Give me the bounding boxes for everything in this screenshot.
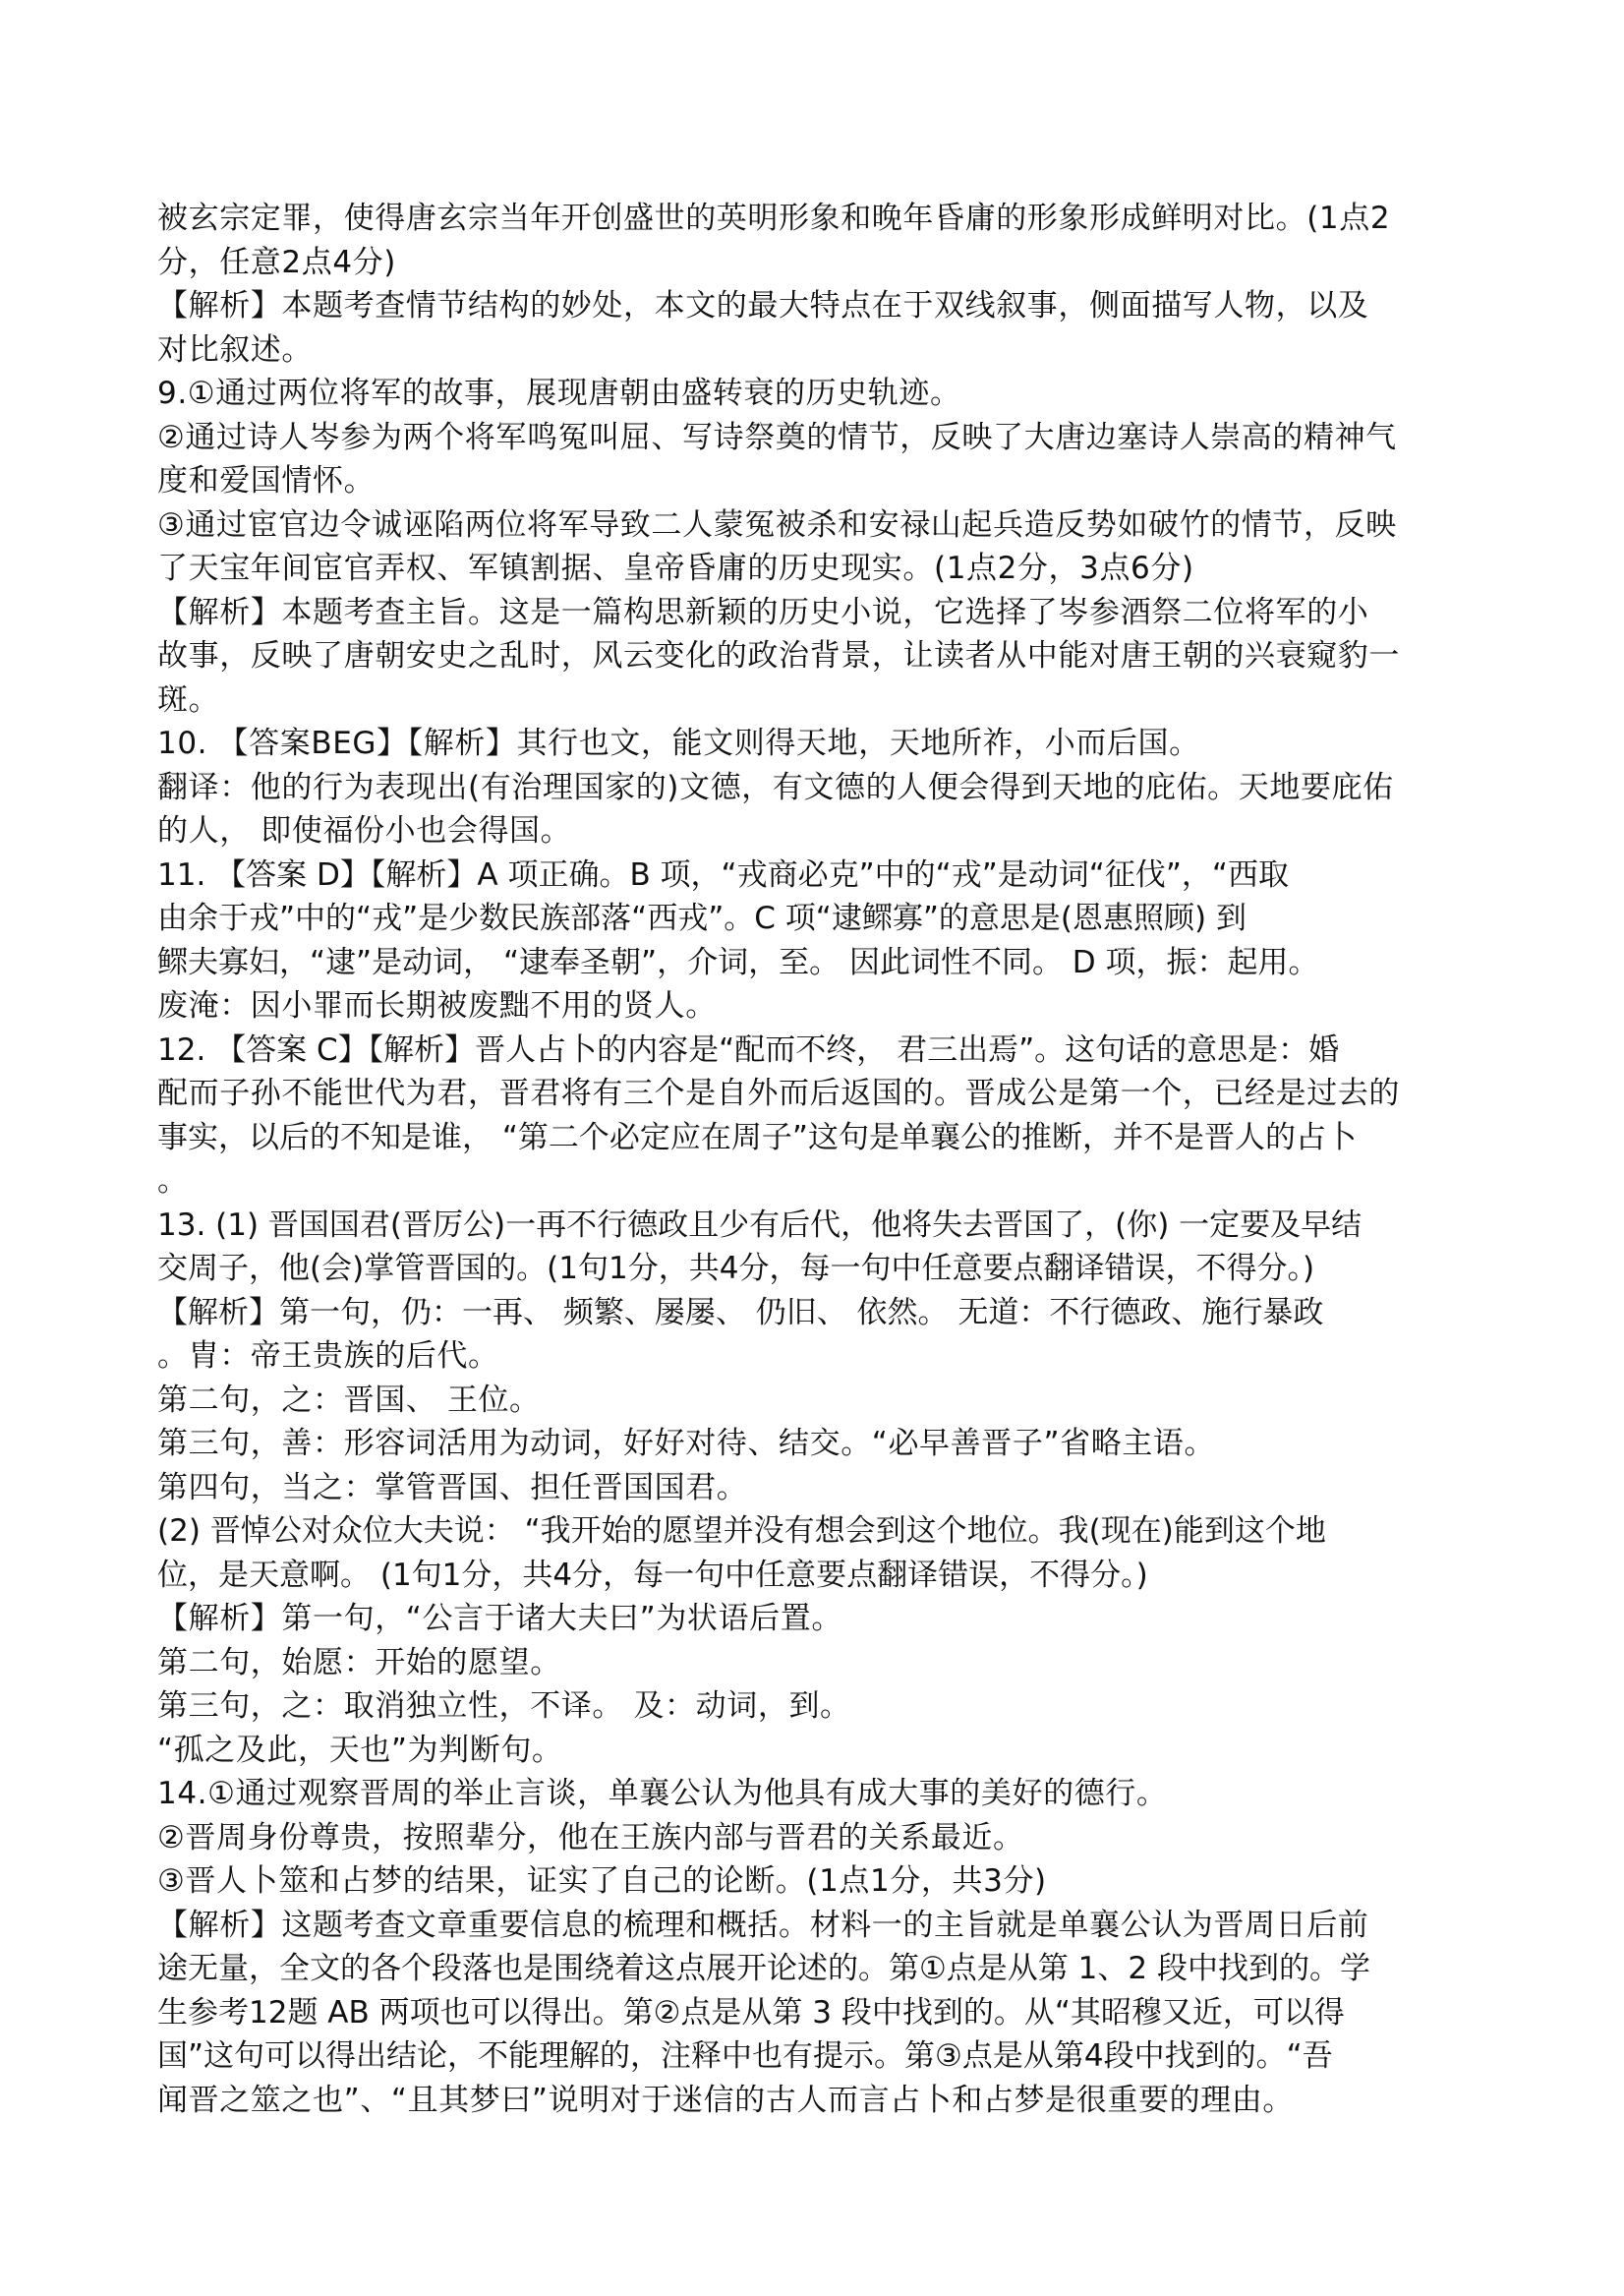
text-line: (2) 晋悼公对众位大夫说： “我开始的愿望并没有想会到这个地位。我(现在)能到… (157, 1509, 1494, 1554)
text-line: 分，任意2点4分) (157, 241, 1494, 285)
answer-9-line: 9.①通过两位将军的故事，展现唐朝由盛转衰的历史轨迹。 (157, 372, 1494, 416)
analysis-line: 【解析】本题考查主旨。这是一篇构思新颖的历史小说，它选择了岑参酒祭二位将军的小 (157, 591, 1494, 635)
text-line: 了天宝年间宦官弄权、军镇割据、皇帝昏庸的历史现实。(1点2分，3点6分) (157, 547, 1494, 591)
text-line: 鳏夫寡妇，“逮”是动词， “逮奉圣朝”，介词，至。 因此词性不同。 D 项，振：… (157, 941, 1494, 985)
text-line: 第四句，当之：掌管晋国、担任晋国国君。 (157, 1466, 1494, 1510)
text-line: 废淹：因小罪而长期被废黜不用的贤人。 (157, 984, 1494, 1029)
answer-14-line: 14.①通过观察晋周的举止言谈，单襄公认为他具有成大事的美好的德行。 (157, 1772, 1494, 1816)
text-line: 第三句，之：取消独立性，不译。 及：动词，到。 (157, 1684, 1494, 1729)
text-line: 第三句，善：形容词活用为动词，好好对待、结交。“必早善晋子”省略主语。 (157, 1422, 1494, 1466)
text-line: 对比叙述。 (157, 328, 1494, 373)
analysis-line: 【解析】第一句，仍：一再、 频繁、屡屡、 仍旧、 依然。 无道：不行德政、施行暴… (157, 1291, 1494, 1335)
text-line: 翻译：他的行为表现出(有治理国家的)文德，有文德的人便会得到天地的庇佑。天地要庇… (157, 766, 1494, 810)
text-line: 事实，以后的不知是谁， “第二个必定应在周子”这句是单襄公的推断，并不是晋人的占… (157, 1116, 1494, 1160)
answer-13-line: 13. (1) 晋国国君(晋厉公)一再不行德政且少有后代，他将失去晋国了，(你)… (157, 1204, 1494, 1248)
text-line: “孤之及此，天也”为判断句。 (157, 1729, 1494, 1773)
text-line: 第二句，之：晋国、 王位。 (157, 1379, 1494, 1423)
text-line: 的人， 即使福份小也会得国。 (157, 809, 1494, 854)
text-line: ②通过诗人岑参为两个将军鸣冤叫屈、写诗祭奠的情节，反映了大唐边塞诗人崇高的精神气 (157, 416, 1494, 460)
text-line: 。 (157, 1159, 1494, 1204)
text-line: ③通过宦官边令诚诬陷两位将军导致二人蒙冤被杀和安禄山起兵造反势如破竹的情节，反映 (157, 503, 1494, 548)
text-line: 途无量，全文的各个段落也是围绕着这点展开论述的。第①点是从第 1、2 段中找到的… (157, 1947, 1494, 1991)
text-line: 配而子孙不能世代为君，晋君将有三个是自外而后返国的。晋成公是第一个，已经是过去的 (157, 1072, 1494, 1116)
document-page: 被玄宗定罪，使得唐玄宗当年开创盛世的英明形象和晚年昏庸的形象形成鲜明对比。(1点… (157, 197, 1494, 2122)
text-line: 国”这句可以得出结论，不能理解的，注释中也有提示。第③点是从第4段中找到的。“吾 (157, 2034, 1494, 2079)
text-line: 生参考12题 AB 两项也可以得出。第②点是从第 3 段中找到的。从“其昭穆又近… (157, 1991, 1494, 2035)
analysis-line: 【解析】这题考查文章重要信息的梳理和概括。材料一的主旨就是单襄公认为晋周日后前 (157, 1904, 1494, 1948)
text-line: 被玄宗定罪，使得唐玄宗当年开创盛世的英明形象和晚年昏庸的形象形成鲜明对比。(1点… (157, 197, 1494, 241)
text-line: 闻晋之筮之也”、“且其梦曰”说明对于迷信的古人而言占卜和占梦是很重要的理由。 (157, 2079, 1494, 2123)
answer-12-line: 12. 【答案 C】【解析】晋人占卜的内容是“配而不终， 君三出焉”。这句话的意… (157, 1029, 1494, 1073)
text-line: 。胄：帝王贵族的后代。 (157, 1334, 1494, 1379)
text-line: 由余于戎”中的“戎”是少数民族部落“西戎”。C 项“逮鳏寡”的意思是(恩惠照顾)… (157, 897, 1494, 941)
text-line: ②晋周身份尊贵，按照辈分，他在王族内部与晋君的关系最近。 (157, 1816, 1494, 1860)
answer-11-line: 11. 【答案 D】【解析】A 项正确。B 项，“戎商必克”中的“戎”是动词“征… (157, 854, 1494, 898)
text-line: 位，是天意啊。 (1句1分，共4分，每一句中任意要点翻译错误，不得分。) (157, 1554, 1494, 1598)
text-line: ③晋人卜筮和占梦的结果，证实了自己的论断。(1点1分，共3分) (157, 1859, 1494, 1904)
analysis-line: 【解析】本题考查情节结构的妙处，本文的最大特点在于双线叙事，侧面描写人物，以及 (157, 284, 1494, 328)
text-line: 斑。 (157, 678, 1494, 723)
analysis-line: 【解析】第一句，“公言于诸大夫曰”为状语后置。 (157, 1597, 1494, 1641)
answer-10-line: 10. 【答案BEG】【解析】其行也文，能文则得天地，天地所祚，小而后国。 (157, 722, 1494, 766)
text-line: 第二句，始愿：开始的愿望。 (157, 1641, 1494, 1685)
text-line: 交周子，他(会)掌管晋国的。(1句1分，共4分，每一句中任意要点翻译错误，不得分… (157, 1247, 1494, 1291)
text-line: 度和爱国情怀。 (157, 459, 1494, 503)
text-line: 故事，反映了唐朝安史之乱时，风云变化的政治背景，让读者从中能对唐王朝的兴衰窥豹一 (157, 634, 1494, 678)
